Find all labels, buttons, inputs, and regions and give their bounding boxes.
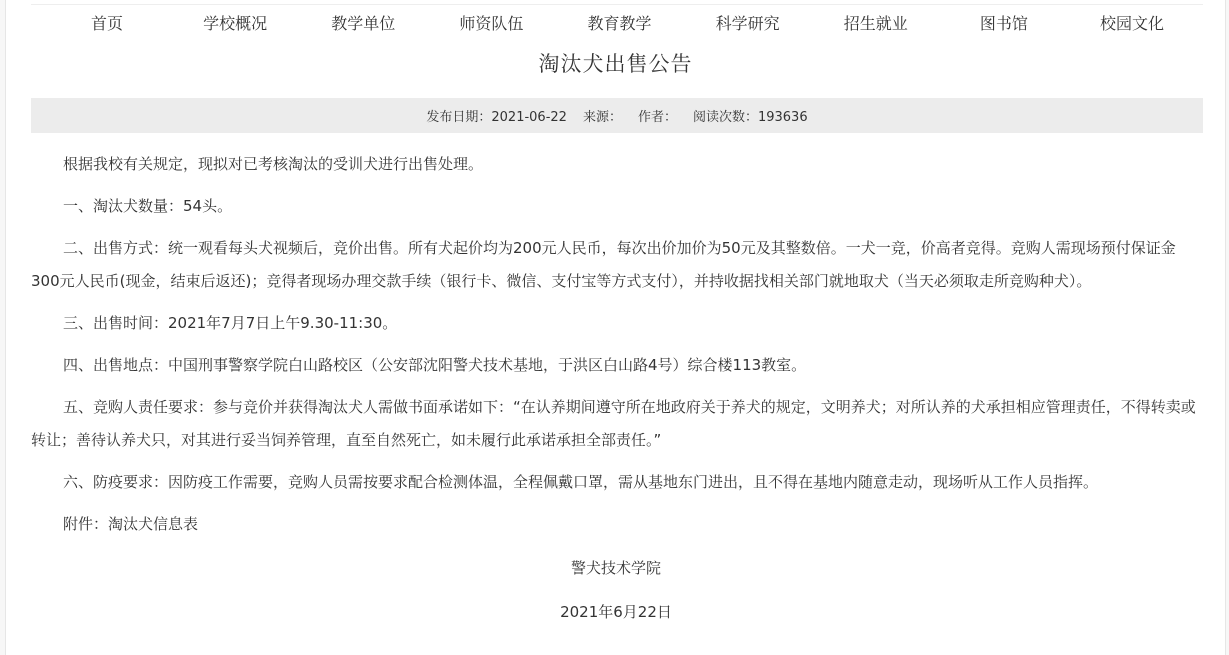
- page-container: 首页 学校概况 教学单位 师资队伍 教育教学 科学研究 招生就业 图书馆 校园文…: [5, 0, 1226, 655]
- paragraph-quantity: 一、淘汰犬数量：54头。: [31, 190, 1201, 223]
- nav-item-teaching-units[interactable]: 教学单位: [318, 11, 408, 34]
- nav-item-admissions[interactable]: 招生就业: [831, 11, 921, 34]
- signature: 警犬技术学院: [31, 552, 1201, 585]
- view-count: 阅读次数：193636: [693, 106, 808, 125]
- article-source: 来源：: [583, 106, 622, 125]
- publish-date: 发布日期：2021-06-22: [426, 106, 567, 125]
- article-meta-bar: 发布日期：2021-06-22 来源： 作者： 阅读次数：193636: [31, 98, 1203, 133]
- paragraph-buyer-responsibility: 五、竞购人责任要求：参与竞价并获得淘汰犬人需做书面承诺如下：“在认养期间遵守所在…: [31, 391, 1201, 457]
- paragraph-intro: 根据我校有关规定，现拟对已考核淘汰的受训犬进行出售处理。: [31, 148, 1201, 181]
- paragraph-epidemic-requirements: 六、防疫要求：因防疫工作需要，竞购人员需按要求配合检测体温，全程佩戴口罩，需从基…: [31, 466, 1201, 499]
- nav-item-campus-culture[interactable]: 校园文化: [1087, 11, 1177, 34]
- main-nav: 首页 学校概况 教学单位 师资队伍 教育教学 科学研究 招生就业 图书馆 校园文…: [31, 4, 1203, 40]
- article-author: 作者：: [638, 106, 677, 125]
- nav-item-school-overview[interactable]: 学校概况: [190, 11, 280, 34]
- nav-item-research[interactable]: 科学研究: [703, 11, 793, 34]
- paragraph-sale-location: 四、出售地点：中国刑事警察学院白山路校区（公安部沈阳警犬技术基地，于洪区白山路4…: [31, 349, 1201, 382]
- article-body: 根据我校有关规定，现拟对已考核淘汰的受训犬进行出售处理。 一、淘汰犬数量：54头…: [31, 148, 1201, 638]
- paragraph-sale-time: 三、出售时间：2021年7月7日上午9.30-11:30。: [31, 307, 1201, 340]
- signature-date: 2021年6月22日: [31, 596, 1201, 629]
- attachment-link[interactable]: 附件：淘汰犬信息表: [31, 508, 1201, 541]
- nav-item-library[interactable]: 图书馆: [959, 11, 1049, 34]
- nav-item-education[interactable]: 教育教学: [575, 11, 665, 34]
- nav-item-faculty[interactable]: 师资队伍: [446, 11, 536, 34]
- nav-item-home[interactable]: 首页: [62, 11, 152, 34]
- article-title: 淘汰犬出售公告: [6, 48, 1225, 78]
- paragraph-sale-method: 二、出售方式：统一观看每头犬视频后，竞价出售。所有犬起价均为200元人民币，每次…: [31, 232, 1201, 298]
